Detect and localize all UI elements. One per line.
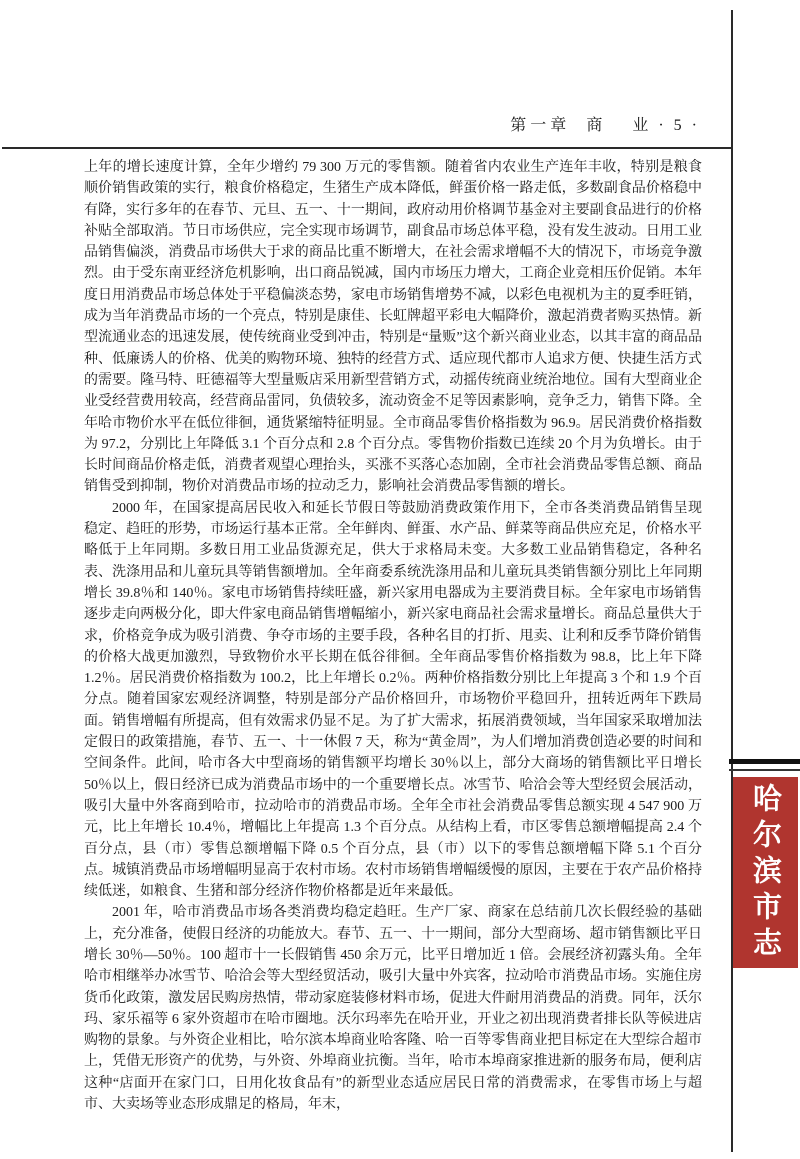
body-text: 上年的增长速度计算，全年少增约 79 300 万元的零售额。随着省内农业生产连年… bbox=[84, 157, 702, 1115]
paragraph-year-2000: 2000 年，在国家提高居民收入和延长节假日等鼓励消费政策作用下，全市各类消费品… bbox=[84, 498, 702, 903]
book-page: 第一章商业· 5 · 上年的增长速度计算，全年少增约 79 300 万元的零售额… bbox=[0, 0, 800, 1159]
paragraph-year-2001: 2001 年，哈市消费品市场各类消费均稳定趋旺。生产厂家、商家在总结前几次长假经… bbox=[84, 902, 702, 1115]
header-divider-line bbox=[2, 147, 732, 149]
page-number: · 5 · bbox=[658, 117, 700, 134]
running-head: 第一章商业· 5 · bbox=[510, 112, 700, 135]
spine-bar-thin bbox=[729, 769, 800, 771]
paragraph-continued: 上年的增长速度计算，全年少增约 79 300 万元的零售额。随着省内农业生产连年… bbox=[84, 157, 702, 498]
spine-bar-thick bbox=[729, 759, 800, 764]
spine-banner: 哈尔滨市志 bbox=[733, 777, 798, 968]
book-title-vertical: 哈尔滨市志 bbox=[733, 783, 798, 963]
chapter-label: 第一章 bbox=[510, 117, 570, 134]
right-margin-line bbox=[731, 10, 733, 1152]
section-title-char-1: 商 bbox=[586, 117, 602, 134]
section-title-char-2: 业 bbox=[632, 117, 648, 134]
